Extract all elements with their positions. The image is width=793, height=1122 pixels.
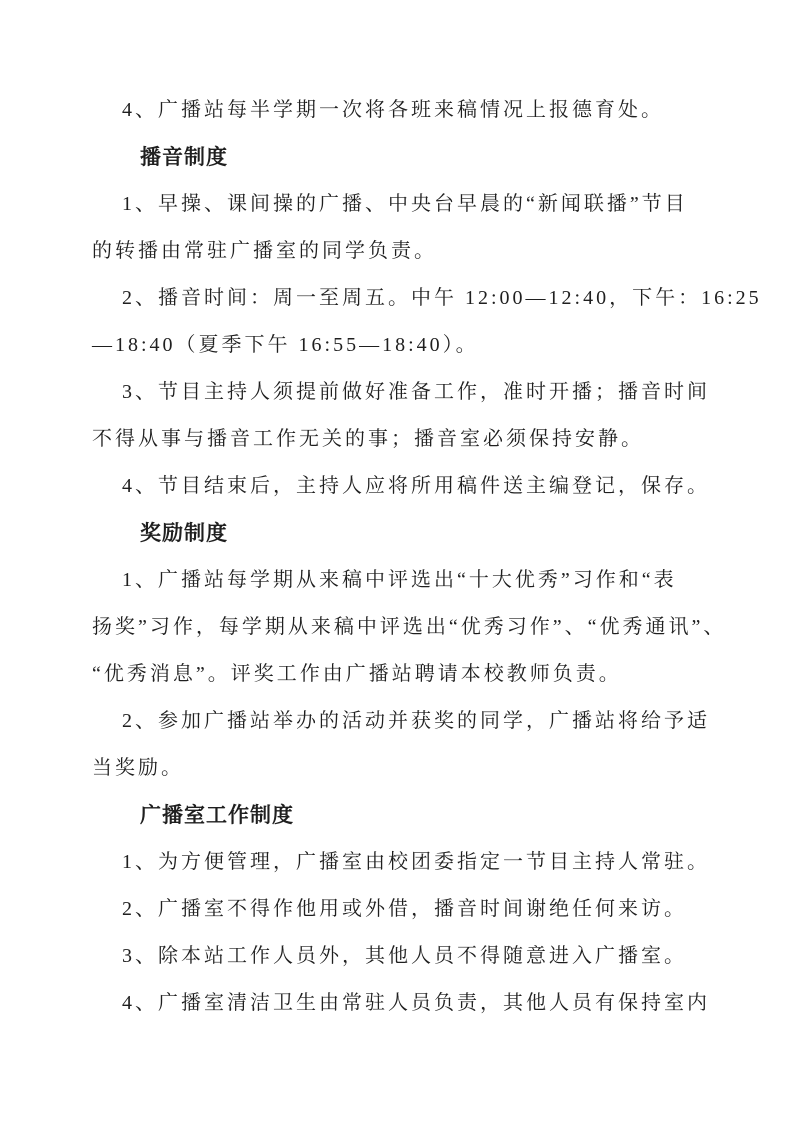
paragraph-line: 3、节目主持人须提前做好准备工作，准时开播；播音时间	[92, 369, 752, 416]
paragraph-line: 3、除本站工作人员外，其他人员不得随意进入广播室。	[92, 933, 752, 980]
section-heading: 播音制度	[92, 134, 752, 181]
paragraph-line: 的转播由常驻广播室的同学负责。	[92, 228, 752, 275]
section-heading: 奖励制度	[92, 510, 752, 557]
paragraph-line: 2、播音时间：周一至周五。中午 12:00—12:40，下午：16:25	[92, 275, 752, 322]
document-body: 4、广播站每半学期一次将各班来稿情况上报德育处。 播音制度 1、早操、课间操的广…	[92, 87, 752, 1027]
paragraph-line: 2、广播室不得作他用或外借，播音时间谢绝任何来访。	[92, 886, 752, 933]
document-page: 4、广播站每半学期一次将各班来稿情况上报德育处。 播音制度 1、早操、课间操的广…	[0, 0, 793, 1122]
paragraph-line: 2、参加广播站举办的活动并获奖的同学，广播站将给予适	[92, 698, 752, 745]
paragraph-line: 1、广播站每学期从来稿中评选出“十大优秀”习作和“表	[92, 557, 752, 604]
paragraph-line: 4、广播站每半学期一次将各班来稿情况上报德育处。	[92, 87, 752, 134]
section-heading: 广播室工作制度	[92, 792, 752, 839]
paragraph-line: 1、为方便管理，广播室由校团委指定一节目主持人常驻。	[92, 839, 752, 886]
paragraph-line: 不得从事与播音工作无关的事；播音室必须保持安静。	[92, 416, 752, 463]
paragraph-line: 4、节目结束后，主持人应将所用稿件送主编登记，保存。	[92, 463, 752, 510]
paragraph-line: “优秀消息”。评奖工作由广播站聘请本校教师负责。	[92, 651, 752, 698]
paragraph-line: 扬奖”习作，每学期从来稿中评选出“优秀习作”、“优秀通讯”、	[92, 604, 752, 651]
paragraph-line: 当奖励。	[92, 745, 752, 792]
paragraph-line: —18:40（夏季下午 16:55—18:40）。	[92, 322, 752, 369]
paragraph-line: 1、早操、课间操的广播、中央台早晨的“新闻联播”节目	[92, 181, 752, 228]
paragraph-line: 4、广播室清洁卫生由常驻人员负责，其他人员有保持室内	[92, 980, 752, 1027]
